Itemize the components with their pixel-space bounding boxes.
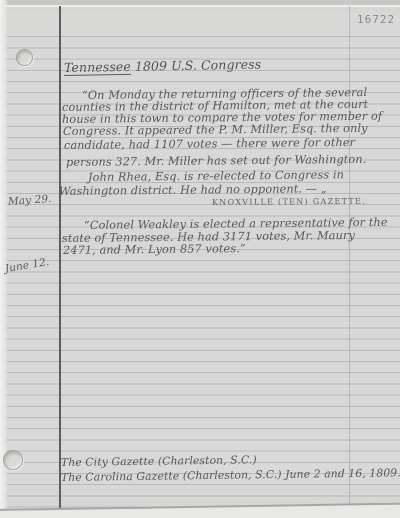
- page-left-edge: [0, 0, 8, 512]
- margin-rule-line: [59, 6, 61, 511]
- hole-punch-bottom: [3, 450, 23, 470]
- hole-punch-top: [16, 49, 33, 66]
- citation-line: The City Gazette (Charleston, S.C.): [61, 453, 257, 469]
- right-fold-line: [349, 6, 350, 509]
- paper-page: 16722 Tennessee 1809 U.S. Congress “On M…: [0, 0, 400, 512]
- handwritten-line: 2471, and Mr. Lyon 857 votes.”: [63, 242, 246, 257]
- source-attribution: KNOXVILLE (TEN) GAZETTE.: [212, 197, 366, 207]
- page-title-rest: 1809 U.S. Congress: [131, 57, 262, 74]
- stamp-number: 16722: [357, 13, 395, 26]
- scanned-notebook-page: { "colors": { "paper": "#d7d7d5", "rule_…: [0, 0, 400, 518]
- page-title-underlined: Tennessee: [64, 59, 131, 76]
